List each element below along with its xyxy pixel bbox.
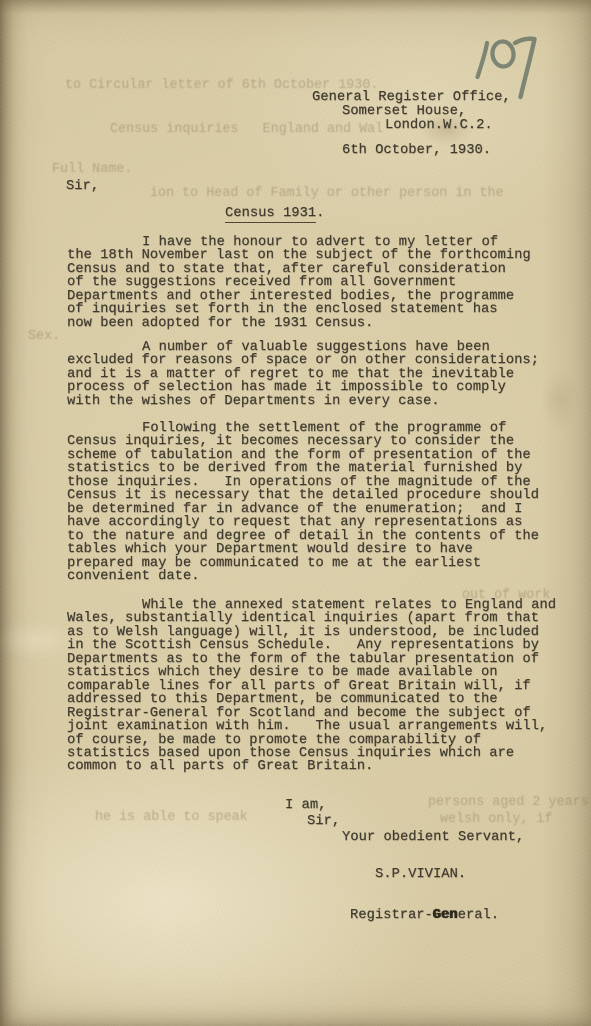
bleedthrough-text: welsh only, if	[440, 813, 553, 826]
subject-period: .	[316, 206, 324, 221]
salutation: Sir,	[66, 180, 99, 193]
letterhead-building: Somerset House,	[342, 105, 466, 118]
closing-servant: Your obedient Servant,	[342, 831, 524, 844]
letter-paragraph-4: While the annexed statement relates to E…	[67, 599, 589, 774]
bleedthrough-text: Census inquiries England and Wal	[110, 123, 383, 136]
bleedthrough-text: ion to Head of Family or other person in…	[150, 187, 504, 200]
letterhead-office: General Register Office,	[312, 91, 511, 104]
letter-paragraph-1: I have the honour to advert to my letter…	[67, 236, 589, 330]
bleedthrough-text: Sex.	[28, 330, 60, 343]
bleedthrough-text: he is able to speak	[95, 811, 248, 824]
letter-paragraph-3: Following the settlement of the programm…	[67, 422, 589, 583]
subject-title: Census 1931	[225, 206, 316, 223]
letter-paragraph-2: A number of valuable suggestions have be…	[67, 341, 589, 408]
subject-heading: Census 1931.	[225, 207, 324, 220]
letter-page: to Circular letter of 6th October 1930. …	[0, 0, 591, 1026]
title-suffix: eral.	[458, 908, 499, 923]
title-prefix: Registrar-	[350, 908, 433, 923]
closing-i-am: I am,	[285, 799, 326, 812]
closing-sir: Sir,	[307, 815, 340, 828]
bleedthrough-text: persons aged 2 years	[428, 796, 589, 809]
letterhead-city: London.W.C.2.	[385, 119, 493, 132]
bleedthrough-text: Full Name.	[52, 163, 132, 176]
letter-date: 6th October, 1930.	[342, 144, 491, 157]
signature: S.P.VIVIAN.	[375, 868, 466, 881]
title-overstruck: Gen	[433, 908, 458, 923]
signature-title: Registrar-General.	[350, 909, 499, 922]
